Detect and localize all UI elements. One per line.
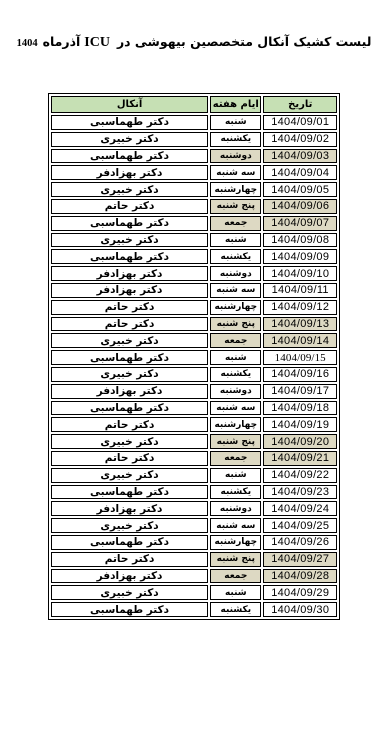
table-row: 1404/09/23 یکشنبه دکتر طهماسبی (51, 485, 337, 500)
oncall-doctor-cell: دکتر خبیری (51, 132, 208, 147)
table-row: 1404/09/07 جمعه دکتر طهماسبی (51, 216, 337, 231)
weekday-cell: سه شنبه (210, 165, 261, 180)
date-cell: 1404/09/26 (263, 535, 337, 550)
date-cell: 1404/09/14 (263, 333, 337, 348)
date-cell: 1404/09/21 (263, 451, 337, 466)
oncall-doctor-cell: دکتر حاتم (51, 199, 208, 214)
date-cell: 1404/09/10 (263, 266, 337, 281)
weekday-cell: پنج شنبه (210, 317, 261, 332)
date-cell: 1404/09/04 (263, 165, 337, 180)
weekday-cell: شنبه (210, 115, 261, 130)
weekday-cell: چهارشنبه (210, 300, 261, 315)
oncall-doctor-cell: دکتر طهماسبی (51, 602, 208, 617)
weekday-cell: جمعه (210, 569, 261, 584)
weekday-cell: پنج شنبه (210, 199, 261, 214)
table-row: 1404/09/02 یکشنبه دکتر خبیری (51, 132, 337, 147)
table-row: 1404/09/08 شنبه دکتر خبیری (51, 233, 337, 248)
table-row: 1404/09/22 شنبه دکتر خبیری (51, 468, 337, 483)
oncall-doctor-cell: دکتر حاتم (51, 417, 208, 432)
oncall-doctor-cell: دکتر طهماسبی (51, 485, 208, 500)
table-row: 1404/09/29 شنبه دکتر خبیری (51, 585, 337, 600)
weekday-cell: پنج شنبه (210, 552, 261, 567)
weekday-cell: شنبه (210, 233, 261, 248)
table-row: 1404/09/17 دوشنبه دکتر بهزادفر (51, 384, 337, 399)
oncall-doctor-cell: دکتر خبیری (51, 585, 208, 600)
weekday-cell: دوشنبه (210, 266, 261, 281)
date-cell: 1404/09/02 (263, 132, 337, 147)
table-row: 1404/09/25 سه شنبه دکتر خبیری (51, 518, 337, 533)
document-page: لیست کشیک آنکال متخصصین بیهوشی درICUآذرم… (0, 0, 388, 746)
oncall-doctor-cell: دکتر خبیری (51, 367, 208, 382)
table-row: 1404/09/30 یکشنبه دکتر طهماسبی (51, 602, 337, 617)
date-cell: 1404/09/30 (263, 602, 337, 617)
date-cell: 1404/09/20 (263, 434, 337, 449)
weekday-cell: دوشنبه (210, 501, 261, 516)
weekday-cell: شنبه (210, 585, 261, 600)
header-date: تاریخ (263, 96, 337, 113)
oncall-doctor-cell: دکتر طهماسبی (51, 216, 208, 231)
weekday-cell: چهارشنبه (210, 535, 261, 550)
oncall-doctor-cell: دکتر خبیری (51, 333, 208, 348)
weekday-cell: یکشنبه (210, 485, 261, 500)
oncall-doctor-cell: دکتر خبیری (51, 182, 208, 197)
table-row: 1404/09/01 شنبه دکتر طهماسبی (51, 115, 337, 130)
schedule-body: 1404/09/01 شنبه دکتر طهماسبی 1404/09/02 … (51, 115, 337, 617)
header-oncall: آنکال (51, 96, 208, 113)
date-cell: 1404/09/13 (263, 317, 337, 332)
title-year-label: 1404 (17, 38, 38, 49)
weekday-cell: سه شنبه (210, 283, 261, 298)
table-row: 1404/09/11 سه شنبه دکتر بهزادفر (51, 283, 337, 298)
weekday-cell: دوشنبه (210, 384, 261, 399)
weekday-cell: یکشنبه (210, 602, 261, 617)
weekday-cell: یکشنبه (210, 132, 261, 147)
table-row: 1404/09/16 یکشنبه دکتر خبیری (51, 367, 337, 382)
weekday-cell: چهارشنبه (210, 182, 261, 197)
date-cell: 1404/09/22 (263, 468, 337, 483)
date-cell: 1404/09/29 (263, 585, 337, 600)
oncall-doctor-cell: دکتر حاتم (51, 317, 208, 332)
table-row: 1404/09/14 جمعه دکتر خبیری (51, 333, 337, 348)
oncall-doctor-cell: دکتر حاتم (51, 552, 208, 567)
weekday-cell: جمعه (210, 333, 261, 348)
weekday-cell: شنبه (210, 468, 261, 483)
date-cell: 1404/09/23 (263, 485, 337, 500)
table-row: 1404/09/20 پنج شنبه دکتر خبیری (51, 434, 337, 449)
date-cell: 1404/09/25 (263, 518, 337, 533)
weekday-cell: جمعه (210, 451, 261, 466)
oncall-doctor-cell: دکتر بهزادفر (51, 283, 208, 298)
date-cell: 1404/09/24 (263, 501, 337, 516)
table-row: 1404/09/19 چهارشنبه دکتر حاتم (51, 417, 337, 432)
oncall-doctor-cell: دکتر حاتم (51, 300, 208, 315)
table-row: 1404/09/27 پنج شنبه دکتر حاتم (51, 552, 337, 567)
weekday-cell: دوشنبه (210, 149, 261, 164)
table-row: 1404/09/26 چهارشنبه دکتر طهماسبی (51, 535, 337, 550)
date-cell: 1404/09/16 (263, 367, 337, 382)
date-cell: 1404/09/07 (263, 216, 337, 231)
oncall-schedule-table: تاریخ ایام هفته آنکال 1404/09/01 شنبه دک… (48, 93, 340, 620)
oncall-doctor-cell: دکتر حاتم (51, 451, 208, 466)
date-cell: 1404/09/05 (263, 182, 337, 197)
date-cell: 1404/09/19 (263, 417, 337, 432)
header-row: تاریخ ایام هفته آنکال (51, 96, 337, 113)
date-cell: 1404/09/03 (263, 149, 337, 164)
oncall-doctor-cell: دکتر خبیری (51, 518, 208, 533)
table-row: 1404/09/24 دوشنبه دکتر بهزادفر (51, 501, 337, 516)
page-title: لیست کشیک آنکال متخصصین بیهوشی درICUآذرم… (0, 33, 388, 53)
date-cell: 1404/09/17 (263, 384, 337, 399)
table-row: 1404/09/09 یکشنبه دکتر طهماسبی (51, 249, 337, 264)
weekday-cell: سه شنبه (210, 401, 261, 416)
weekday-cell: شنبه (210, 350, 261, 365)
date-cell: 1404/09/12 (263, 300, 337, 315)
weekday-cell: جمعه (210, 216, 261, 231)
title-icu-label: ICU (84, 35, 110, 50)
oncall-doctor-cell: دکتر بهزادفر (51, 501, 208, 516)
oncall-doctor-cell: دکتر طهماسبی (51, 535, 208, 550)
date-cell: 1404/09/27 (263, 552, 337, 567)
oncall-doctor-cell: دکتر بهزادفر (51, 569, 208, 584)
date-cell: 1404/09/01 (263, 115, 337, 130)
table-row: 1404/09/10 دوشنبه دکتر بهزادفر (51, 266, 337, 281)
date-cell: 1404/09/18 (263, 401, 337, 416)
oncall-doctor-cell: دکتر طهماسبی (51, 401, 208, 416)
date-cell: 1404/09/09 (263, 249, 337, 264)
oncall-doctor-cell: دکتر خبیری (51, 434, 208, 449)
oncall-doctor-cell: دکتر طهماسبی (51, 249, 208, 264)
weekday-cell: سه شنبه (210, 518, 261, 533)
title-main-text: لیست کشیک آنکال متخصصین بیهوشی در (117, 34, 371, 49)
table-row: 1404/09/28 جمعه دکتر بهزادفر (51, 569, 337, 584)
weekday-cell: یکشنبه (210, 249, 261, 264)
oncall-doctor-cell: دکتر طهماسبی (51, 149, 208, 164)
date-cell: 1404/09/11 (263, 283, 337, 298)
weekday-cell: پنج شنبه (210, 434, 261, 449)
weekday-cell: چهارشنبه (210, 417, 261, 432)
oncall-doctor-cell: دکتر خبیری (51, 233, 208, 248)
oncall-doctor-cell: دکتر طهماسبی (51, 350, 208, 365)
title-month-label: آذرماه (43, 34, 81, 49)
header-weekday: ایام هفته (210, 96, 261, 113)
date-cell: 1404/09/28 (263, 569, 337, 584)
table-row: 1404/09/21 جمعه دکتر حاتم (51, 451, 337, 466)
date-cell: 1404/09/08 (263, 233, 337, 248)
table-row: 1404/09/03 دوشنبه دکتر طهماسبی (51, 149, 337, 164)
weekday-cell: یکشنبه (210, 367, 261, 382)
oncall-doctor-cell: دکتر خبیری (51, 468, 208, 483)
table-header: تاریخ ایام هفته آنکال (51, 96, 337, 113)
table-row: 1404/09/06 پنج شنبه دکتر حاتم (51, 199, 337, 214)
table-row: 1404/09/15 شنبه دکتر طهماسبی (51, 350, 337, 365)
date-cell: 1404/09/06 (263, 199, 337, 214)
oncall-doctor-cell: دکتر بهزادفر (51, 266, 208, 281)
date-cell: 1404/09/15 (263, 350, 337, 365)
table-row: 1404/09/12 چهارشنبه دکتر حاتم (51, 300, 337, 315)
oncall-doctor-cell: دکتر بهزادفر (51, 384, 208, 399)
table-row: 1404/09/05 چهارشنبه دکتر خبیری (51, 182, 337, 197)
table-row: 1404/09/18 سه شنبه دکتر طهماسبی (51, 401, 337, 416)
table-row: 1404/09/04 سه شنبه دکتر بهزادفر (51, 165, 337, 180)
oncall-doctor-cell: دکتر بهزادفر (51, 165, 208, 180)
table-row: 1404/09/13 پنج شنبه دکتر حاتم (51, 317, 337, 332)
oncall-doctor-cell: دکتر طهماسبی (51, 115, 208, 130)
